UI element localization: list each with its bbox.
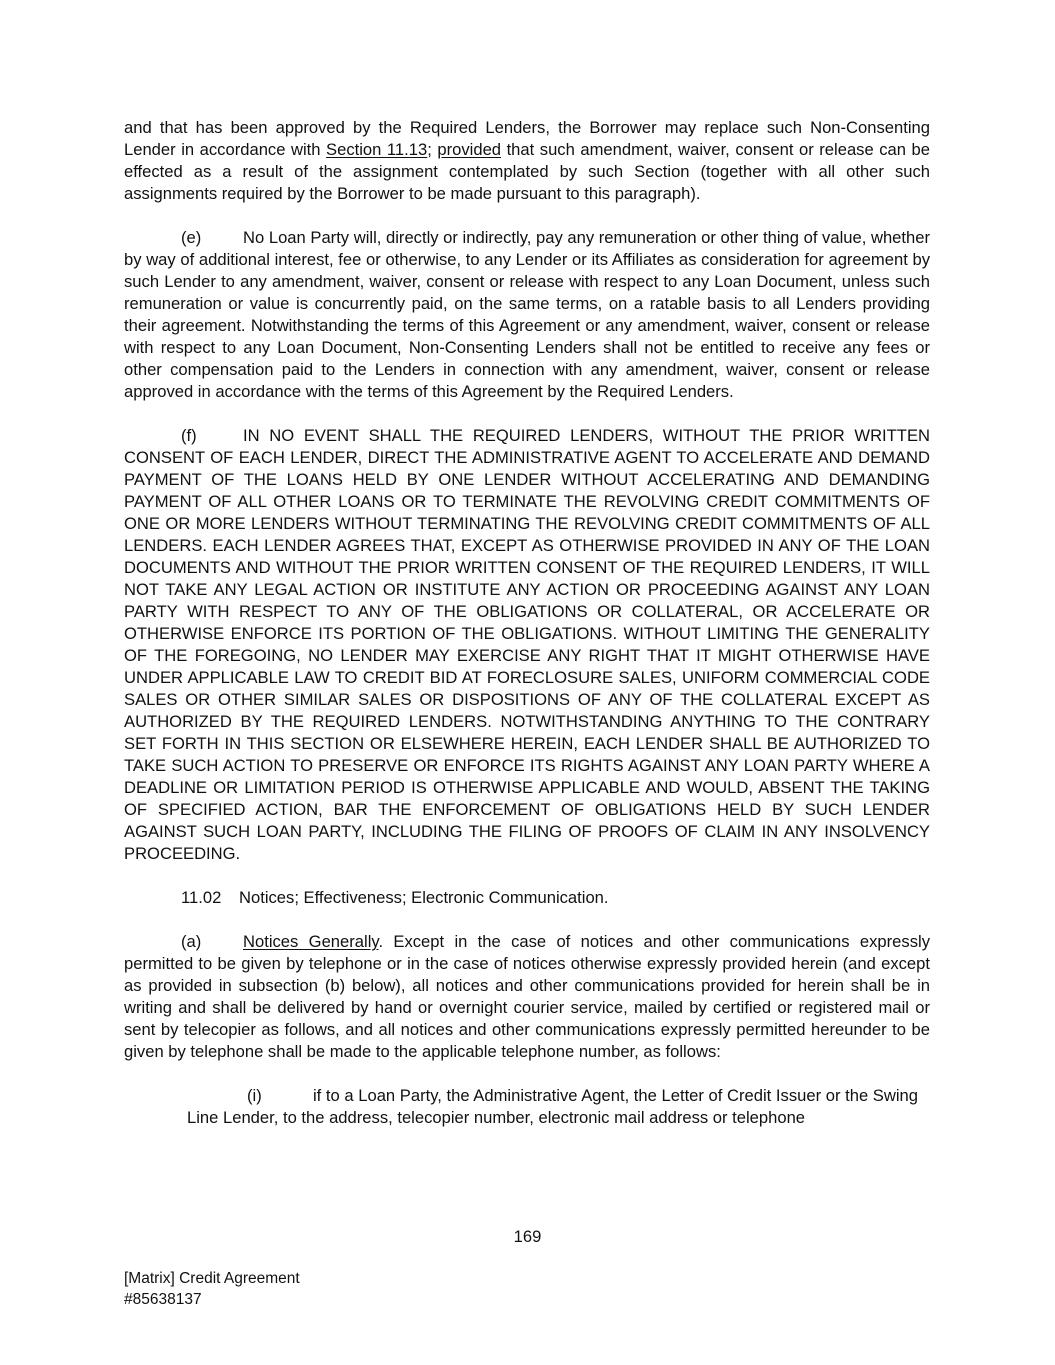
document-page: and that has been approved by the Requir… bbox=[0, 0, 1055, 1365]
paragraph-label: (a) bbox=[181, 931, 243, 953]
document-body: and that has been approved by the Requir… bbox=[124, 117, 930, 1151]
footer-document-title: [Matrix] Credit Agreement bbox=[124, 1268, 300, 1289]
body-text: Notices; Effectiveness; Electronic Commu… bbox=[239, 888, 609, 907]
body-text: IN NO EVENT SHALL THE REQUIRED LENDERS, … bbox=[124, 426, 930, 863]
paragraph-f: (f)IN NO EVENT SHALL THE REQUIRED LENDER… bbox=[124, 425, 930, 865]
section-heading-11-02: 11.02Notices; Effectiveness; Electronic … bbox=[124, 887, 930, 909]
underlined-text: Section 11.13 bbox=[326, 140, 427, 159]
paragraph-a: (a)Notices Generally. Except in the case… bbox=[124, 931, 930, 1063]
document-footer: [Matrix] Credit Agreement #85638137 bbox=[124, 1268, 300, 1310]
paragraph-i: (i)if to a Loan Party, the Administrativ… bbox=[187, 1085, 918, 1129]
page-number: 169 bbox=[0, 1226, 1055, 1248]
paragraph-label: (e) bbox=[181, 227, 243, 249]
underlined-text: Notices Generally bbox=[243, 932, 378, 951]
body-text: No Loan Party will, directly or indirect… bbox=[124, 228, 930, 401]
paragraph-label: (f) bbox=[181, 425, 243, 447]
footer-document-id: #85638137 bbox=[124, 1289, 300, 1310]
underlined-text: provided bbox=[437, 140, 501, 159]
paragraph-continuation: and that has been approved by the Requir… bbox=[124, 117, 930, 205]
paragraph-label: (i) bbox=[247, 1085, 313, 1107]
paragraph-label: 11.02 bbox=[181, 887, 239, 909]
body-text: . Except in the case of notices and othe… bbox=[124, 932, 930, 1061]
paragraph-e: (e)No Loan Party will, directly or indir… bbox=[124, 227, 930, 403]
body-text: ; bbox=[427, 140, 437, 159]
